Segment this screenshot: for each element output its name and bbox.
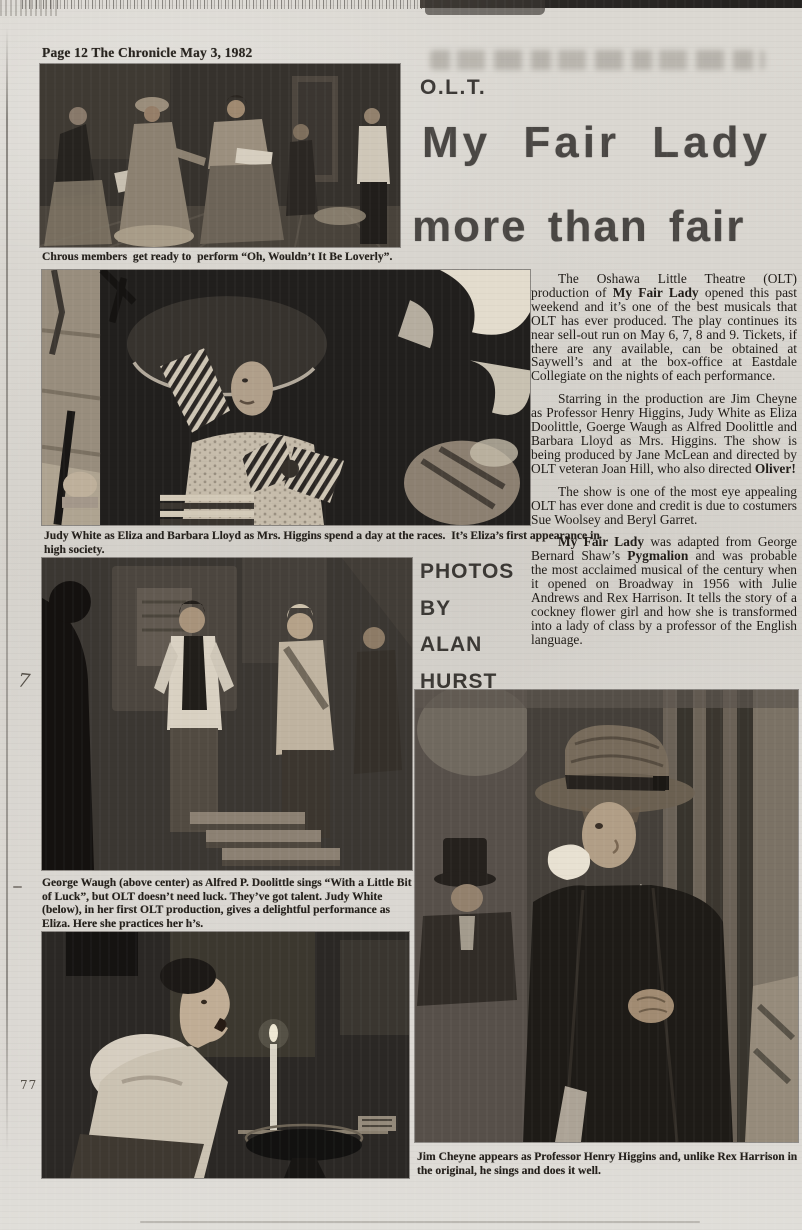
doolittle-scene-illustration [42, 558, 412, 870]
photo-higgins-portrait [415, 690, 798, 1142]
scan-fold-line [6, 28, 8, 1153]
headline-line-1: My Fair Lady [422, 118, 771, 168]
photo-credit-line: PHOTOS [420, 554, 514, 591]
scan-ink-blob [425, 0, 545, 15]
article-paragraph-4: My Fair Lady was adapted from George Ber… [531, 535, 797, 646]
scan-corner-hatch [0, 0, 58, 16]
higgins-portrait-illustration [415, 690, 798, 1142]
bottom-smudge [140, 1221, 700, 1223]
pencil-mark: 77 [20, 1078, 37, 1092]
caption-doolittle: George Waugh (above center) as Alfred P.… [42, 876, 420, 930]
pencil-mark: 7 [17, 669, 31, 692]
article-body: The Oshawa Little Theatre (OLT) producti… [531, 272, 797, 656]
page-masthead: Page 12 The Chronicle May 3, 1982 [42, 45, 252, 61]
article-paragraph-2: Starring in the production are Jim Cheyn… [531, 392, 797, 475]
scan-scratch-band-left [22, 0, 422, 9]
kicker-olt: O.L.T. [420, 76, 486, 100]
chorus-scene-illustration [40, 64, 400, 247]
races-scene-illustration [42, 270, 530, 525]
photo-credit-line: BY [420, 591, 514, 628]
photo-eliza-scene [42, 932, 409, 1178]
photo-credit: PHOTOS BY ALAN HURST [420, 554, 514, 700]
headline-line-2: more than fair [412, 202, 745, 252]
photo-credit-line: ALAN [420, 627, 514, 664]
newspaper-page: 7 77 Page 12 The Chronicle May 3, 1982 O… [0, 0, 802, 1230]
eliza-scene-illustration [42, 932, 409, 1178]
photo-doolittle-scene [42, 558, 412, 870]
caption-chorus: Chrous members get ready to perform “Oh,… [42, 250, 432, 264]
photo-races-scene [42, 270, 530, 525]
article-paragraph-3: The show is one of the most eye appealin… [531, 485, 797, 527]
caption-higgins: Jim Cheyne appears as Professor Henry Hi… [417, 1150, 799, 1177]
bleed-through-text-smudge [430, 50, 765, 70]
article-paragraph-1: The Oshawa Little Theatre (OLT) producti… [531, 272, 797, 383]
pencil-dash-mark [13, 886, 22, 888]
photo-chorus-scene [40, 64, 400, 247]
